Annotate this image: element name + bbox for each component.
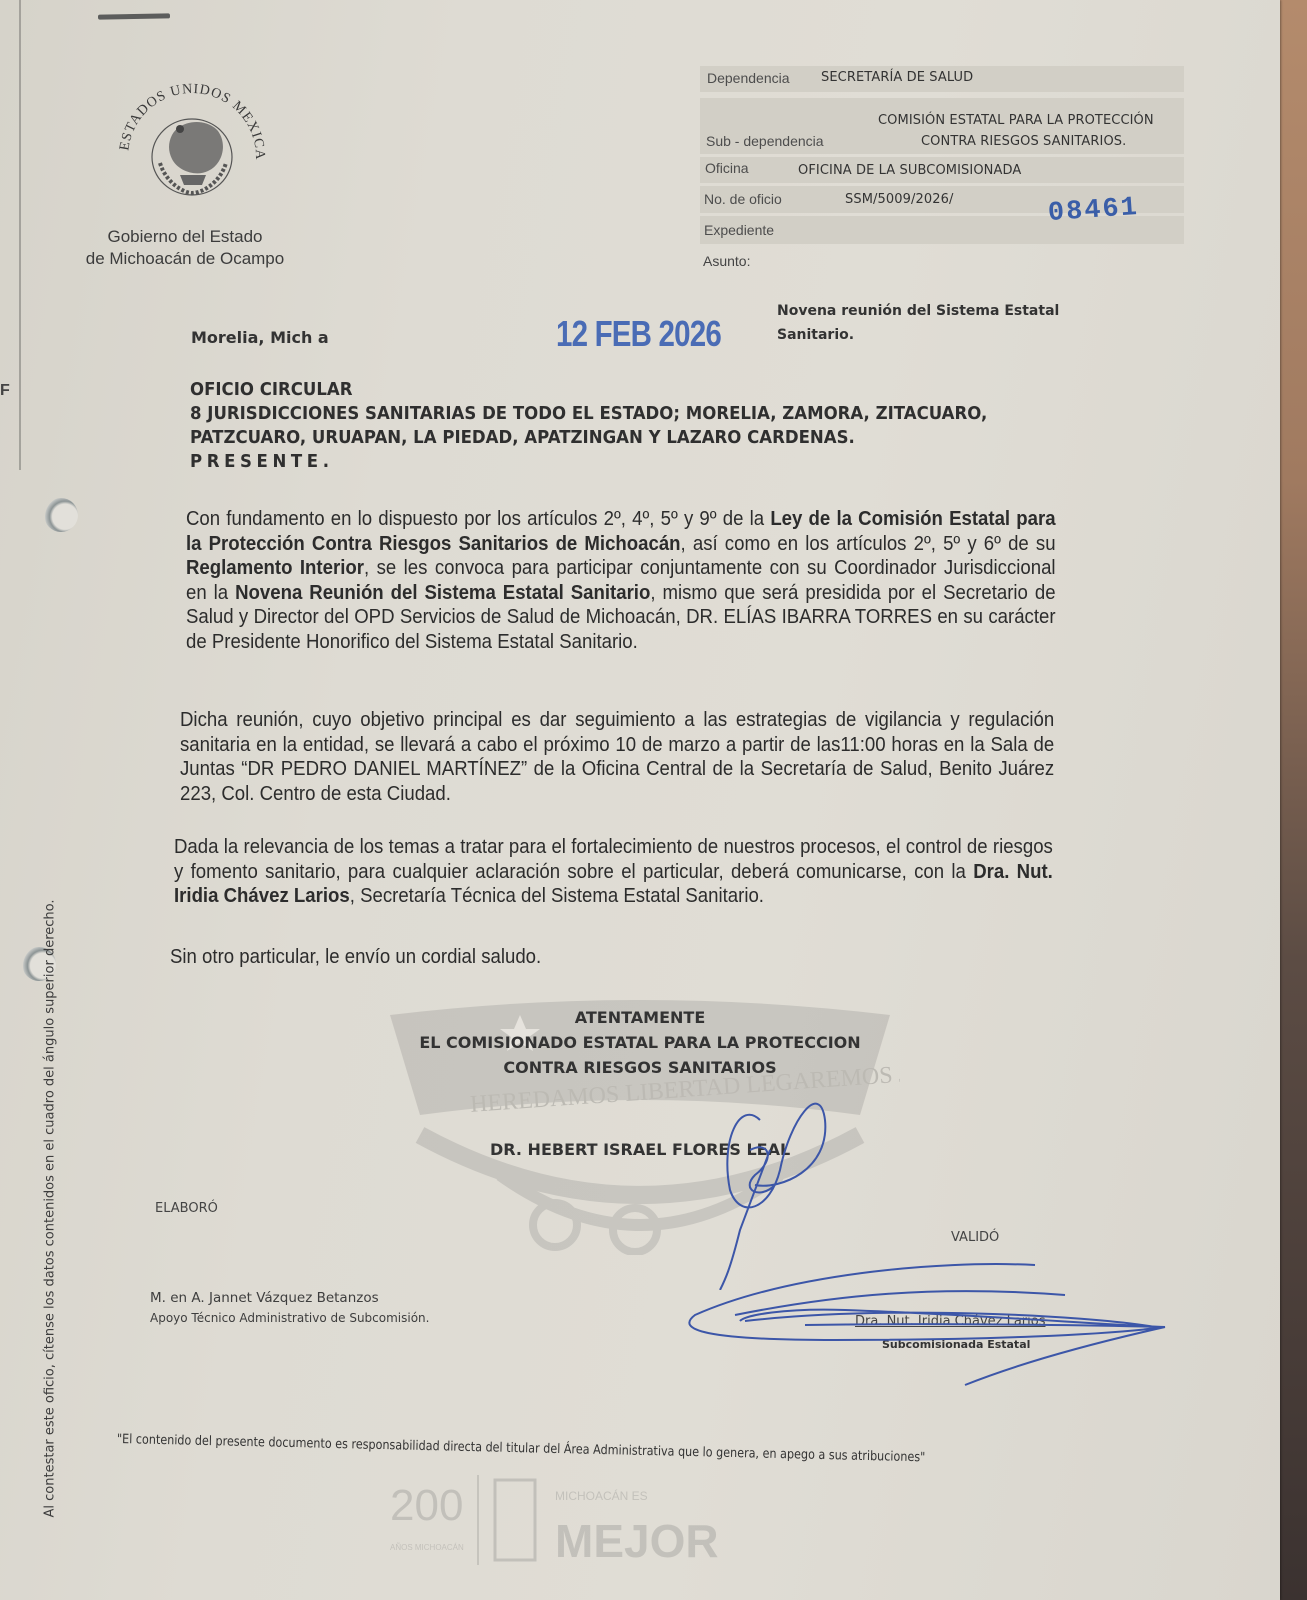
svg-text:AÑOS MICHOACÁN: AÑOS MICHOACÁN	[390, 1543, 464, 1552]
closing-line: Sin otro particular, le envío un cordial…	[170, 946, 541, 969]
row-oficina: Oficina OFICINA DE LA SUBCOMISIONADA	[700, 157, 1184, 183]
svg-text:MEJOR: MEJOR	[555, 1515, 719, 1567]
government-line-1: Gobierno del Estado	[70, 226, 300, 248]
subject-line-2: Sanitario.	[777, 323, 1097, 347]
row-subdependencia: COMISIÓN ESTATAL PARA LA PROTECCIÓN Sub …	[700, 98, 1184, 154]
signature-block: ATENTAMENTE EL COMISIONADO ESTATAL PARA …	[390, 1005, 890, 1080]
value-subdependencia-2: CONTRA RIESGOS SANITARIOS.	[921, 134, 1126, 149]
reference-box: Dependencia SECRETARÍA DE SALUD COMISIÓN…	[700, 66, 1184, 273]
addressee-block: OFICIO CIRCULAR 8 JURISDICCIONES SANITAR…	[190, 378, 987, 474]
svg-text:MICHOACÁN ES: MICHOACÁN ES	[555, 1488, 648, 1503]
value-subdependencia-1: COMISIÓN ESTATAL PARA LA PROTECCIÓN	[878, 113, 1154, 128]
presente: PRESENTE.	[190, 450, 987, 474]
body-paragraph-3: Dada la relevancia de los temas a tratar…	[174, 835, 1053, 909]
signer-name: DR. HEBERT ISRAEL FLORES LEAL	[490, 1140, 790, 1159]
subject-text: Novena reunión del Sistema Estatal Sanit…	[777, 299, 1097, 347]
paragraph-run: Novena Reunión del Sistema Estatal Sanit…	[235, 582, 650, 604]
subject-line-1: Novena reunión del Sistema Estatal	[777, 299, 1097, 323]
valido-label: VALIDÓ	[951, 1230, 999, 1245]
underlying-page-edge	[19, 0, 21, 470]
document-page: F ESTADOS UNIDOS MEXICANOS Gobierno del …	[0, 0, 1280, 1600]
footer-disclaimer: "El contenido del presente documento es …	[117, 1432, 926, 1465]
staple	[98, 13, 170, 19]
label-expediente: Expediente	[704, 222, 774, 238]
label-subdependencia: Sub - dependencia	[706, 133, 824, 149]
addressee-line-1: 8 JURISDICCIONES SANITARIAS DE TODO EL E…	[190, 402, 987, 426]
elaboro-label: ELABORÓ	[155, 1201, 218, 1216]
label-no-oficio: No. de oficio	[704, 191, 782, 207]
label-oficina: Oficina	[705, 160, 749, 176]
paragraph-run: Reglamento Interior	[186, 557, 364, 579]
side-instruction-note: Al contestar este oficio, cítense los da…	[43, 838, 58, 1518]
elaboro-name: M. en A. Jannet Vázquez Betanzos	[150, 1290, 379, 1306]
date-stamp: 12 FEB 2026	[556, 313, 721, 355]
body-paragraph-2: Dicha reunión, cuyo objetivo principal e…	[180, 708, 1054, 806]
value-oficina: OFICINA DE LA SUBCOMISIONADA	[798, 163, 1021, 178]
government-line-2: de Michoacán de Ocampo	[70, 248, 300, 270]
value-no-oficio: SSM/5009/2026/	[845, 192, 953, 207]
paragraph-run: , así como en los artículos 2º, 5º y 6º …	[681, 533, 1056, 555]
folio-number-stamp: 08461	[1047, 193, 1140, 229]
paragraph-run: Dicha reunión, cuyo objetivo principal e…	[180, 709, 1054, 805]
label-dependencia: Dependencia	[707, 70, 790, 86]
valido-name: Dra. Nut. Iridia Chávez Larios	[855, 1314, 1046, 1329]
value-dependencia: SECRETARÍA DE SALUD	[821, 70, 973, 85]
underlying-page-letter: F	[0, 382, 10, 400]
svg-text:200: 200	[390, 1481, 463, 1530]
background-surface	[1280, 0, 1307, 1600]
valido-title: Subcomisionada Estatal	[882, 1338, 1030, 1351]
document-type: OFICIO CIRCULAR	[190, 378, 987, 402]
atentamente: ATENTAMENTE	[390, 1005, 890, 1030]
row-dependencia: Dependencia SECRETARÍA DE SALUD	[700, 66, 1184, 92]
addressee-line-2: PATZCUARO, URUAPAN, LA PIEDAD, APATZINGA…	[190, 426, 987, 450]
body-paragraph-1: Con fundamento en lo dispuesto por los a…	[186, 507, 1056, 654]
punch-hole-upper	[44, 498, 78, 532]
label-asunto: Asunto:	[703, 253, 750, 269]
signer-title-1: EL COMISIONADO ESTATAL PARA LA PROTECCIO…	[390, 1030, 890, 1055]
paragraph-run: Dada la relevancia de los temas a tratar…	[174, 836, 1053, 883]
coat-of-arms-seal: ESTADOS UNIDOS MEXICANOS	[110, 65, 270, 215]
government-name: Gobierno del Estado de Michoacán de Ocam…	[70, 226, 300, 270]
paragraph-run: Con fundamento en lo dispuesto por los a…	[186, 508, 770, 530]
signer-title-2: CONTRA RIESGOS SANITARIOS	[390, 1055, 890, 1080]
elaboro-title: Apoyo Técnico Administrativo de Subcomis…	[150, 1311, 429, 1325]
footer-logos: 200 AÑOS MICHOACÁN MICHOACÁN ES MEJOR	[380, 1465, 800, 1575]
paragraph-run: , Secretaría Técnica del Sistema Estatal…	[350, 885, 764, 907]
place-text: Morelia, Mich a	[191, 328, 329, 347]
row-asunto: Asunto:	[700, 247, 1184, 273]
